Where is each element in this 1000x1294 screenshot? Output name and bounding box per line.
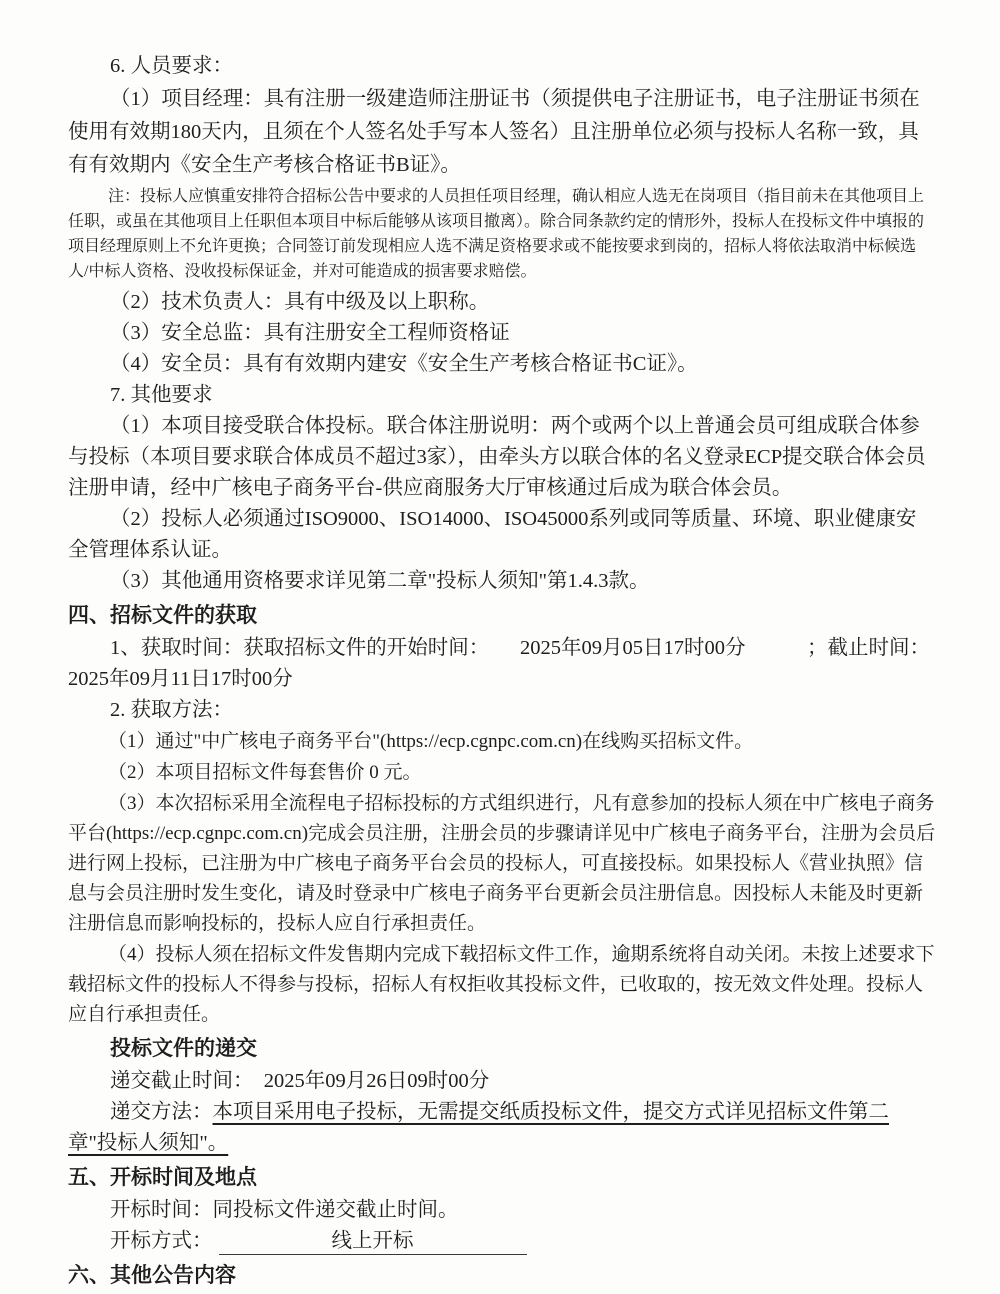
- bid-submission-heading: 投标文件的递交: [68, 1032, 936, 1065]
- document-page: 6. 人员要求： （1）项目经理：具有注册一级建造师注册证书（须提供电子注册证书…: [0, 0, 1000, 1294]
- other-requirements-title: 7. 其他要求: [68, 380, 936, 411]
- personnel-requirements-title: 6. 人员要求：: [68, 50, 936, 83]
- obtain-time-line: 1、获取时间：获取招标文件的开始时间： 2025年09月05日17时00分 ；截…: [68, 633, 936, 695]
- obtain-method-item-3: （3）本次招标采用全流程电子招标投标的方式组织进行，凡有意参加的投标人须在中广核…: [68, 789, 936, 939]
- opening-method-value: 线上开标: [332, 1230, 414, 1252]
- opening-method-blank: 线上开标: [219, 1228, 527, 1255]
- section-5-heading: 五、开标时间及地点: [68, 1161, 936, 1194]
- obtain-method-item-1: （1）通过"中广核电子商务平台"(https://ecp.cgnpc.com.c…: [68, 727, 936, 757]
- joint-bid-requirement: （1）本项目接受联合体投标。联合体注册说明：两个或两个以上普通会员可组成联合体参…: [68, 411, 936, 504]
- project-manager-requirement: （1）项目经理：具有注册一级建造师注册证书（须提供电子注册证书，电子注册证书须在…: [68, 83, 936, 182]
- submission-method-line: 递交方法：本项目采用电子投标，无需提交纸质投标文件，提交方式详见招标文件第二章"…: [68, 1097, 936, 1159]
- opening-time-line: 开标时间：同投标文件递交截止时间。: [68, 1195, 936, 1226]
- iso-certification-requirement: （2）投标人必须通过ISO9000、ISO14000、ISO45000系列或同等…: [68, 504, 936, 566]
- project-manager-note: 注：投标人应慎重安排符合招标公告中要求的人员担任项目经理，确认相应人选无在岗项目…: [68, 184, 936, 284]
- submission-deadline-line: 递交截止时间： 2025年09月26日09时00分: [68, 1066, 936, 1097]
- other-general-requirement: （3）其他通用资格要求详见第二章"投标人须知"第1.4.3款。: [68, 566, 936, 597]
- opening-method-line: 开标方式：线上开标: [68, 1226, 936, 1257]
- section-6-heading: 六、其他公告内容: [68, 1259, 936, 1292]
- obtain-method-item-2: （2）本项目招标文件每套售价 0 元。: [68, 758, 936, 788]
- safety-director-requirement: （3）安全总监：具有注册安全工程师资格证: [68, 318, 936, 349]
- section-4-heading: 四、招标文件的获取: [68, 599, 936, 632]
- document-content: 6. 人员要求： （1）项目经理：具有注册一级建造师注册证书（须提供电子注册证书…: [0, 0, 1000, 1292]
- opening-method-label: 开标方式：: [110, 1230, 213, 1252]
- safety-officer-requirement: （4）安全员：具有有效期内建安《安全生产考核合格证书C证》。: [68, 349, 936, 380]
- submission-method-label: 递交方法：: [110, 1101, 213, 1123]
- tech-lead-requirement: （2）技术负责人：具有中级及以上职称。: [68, 287, 936, 318]
- obtain-method-item-4: （4）投标人须在招标文件发售期内完成下载招标文件工作，逾期系统将自动关闭。未按上…: [68, 940, 936, 1030]
- obtain-method-title: 2. 获取方法：: [68, 695, 936, 726]
